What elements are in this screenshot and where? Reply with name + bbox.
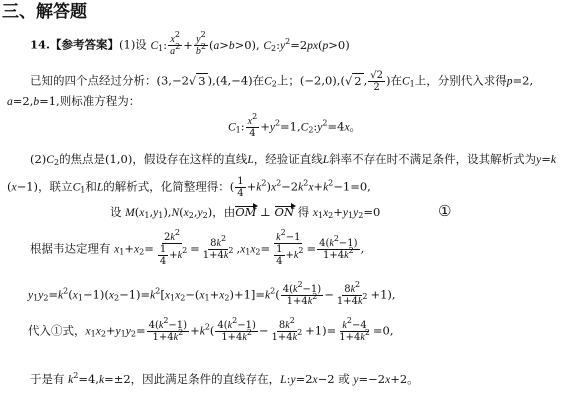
set-mn-line: 设 M(x1,y1),N(x2,y2)，由OM ⊥ ON 得 x1x2+y1y2… (110, 206, 380, 220)
vieta-line: 根据韦达定理有 x1+x2=2k214+k2=8k21+4k2,x1x2=k2−… (30, 232, 364, 267)
c1-definition: C1:x2a2+y2b2(a>b>0), (150, 38, 259, 52)
analysis-prefix: 已知的四个点经过分析： (30, 74, 157, 88)
problem-number: 14. (30, 38, 50, 52)
analysis-line-cont: a=2,b=1,则标准方程为： (7, 96, 140, 109)
answer-tag: 【参考答案】 (50, 38, 119, 52)
section-title: 三、解答题 (2, 4, 87, 21)
vector-om: OM (235, 206, 256, 219)
y1y2-line: y1y2=k2(x1−1)(x2−1)=k2[x1x2−(x1+x2)+1]=k… (28, 284, 396, 307)
c2-definition: C2:y2=2px(p>0) (263, 38, 349, 52)
equation-marker-1: ① (438, 204, 451, 219)
part1-label: (1)设 (119, 38, 147, 52)
part2-line2: (x−1)，联立C1和L的解析式，化简整理得：(14+k2)x2−2k2x+k2… (7, 176, 371, 199)
conclusion-line: 于是有 k2=4,k=±2，因此满足条件的直线存在，L:y=2x−2 或 y=−… (30, 374, 419, 387)
vector-on: ON (275, 206, 295, 219)
standard-equations: C1:x24+y2=1,C2:y2=4x。 (228, 116, 361, 139)
analysis-line: 已知的四个点经过分析：(3,−2√3),(4,−4)在C2上；(−2,0),(√… (30, 70, 533, 93)
substitute-line: 代入①式，x1x2+y1y2=4(k2−1)1+4k2+k2(4(k2−1)1+… (28, 320, 394, 343)
part2-line1: (2)C2的焦点是(1,0)，假设存在这样的直线L，经验证直线L斜率不存在时不满… (30, 154, 556, 167)
problem-14-header: 14.【参考答案】(1)设 C1:x2a2+y2b2(a>b>0), C2:y2… (30, 34, 350, 57)
